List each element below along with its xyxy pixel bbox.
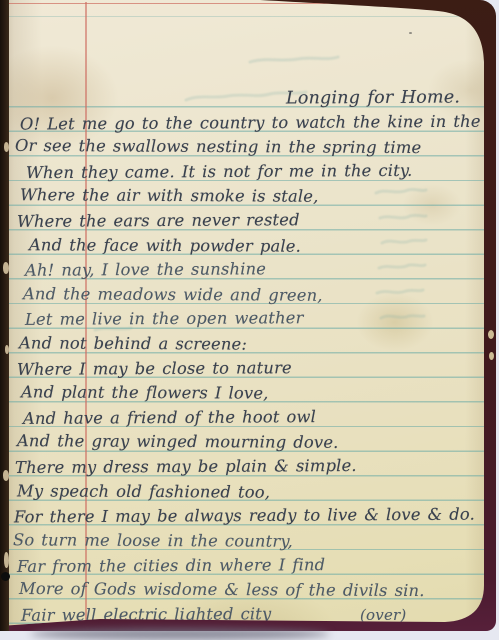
poem-line: And the face with powder pale. bbox=[29, 233, 301, 258]
torn-paper-fleck bbox=[3, 470, 9, 481]
poem-line: Where I may be close to nature bbox=[17, 356, 292, 382]
poem-line: Where the ears are never rested bbox=[17, 208, 300, 234]
poem-line: My speach old fashioned too, bbox=[17, 479, 270, 504]
poem-line: And the gray winged mourning dove. bbox=[17, 429, 339, 455]
poem-line: There my dress may be plain & simple. bbox=[15, 454, 357, 480]
torn-paper-fleck bbox=[5, 345, 9, 354]
poem-title: Longing for Home. bbox=[286, 85, 460, 110]
torn-paper-fleck bbox=[3, 262, 9, 274]
poem-line: And the meadows wide and green, bbox=[23, 282, 323, 308]
poem-line: And have a friend of the hoot owl bbox=[23, 405, 316, 431]
poem-line: So turn me loose in the country, bbox=[13, 528, 293, 553]
floor-shadow bbox=[30, 628, 330, 640]
book-binding bbox=[0, 0, 9, 631]
cover-edge-speck bbox=[489, 352, 494, 360]
poem-line: O! Let me go to the country to watch the… bbox=[20, 109, 499, 136]
poem-line: More of Gods wisdome & less of the divil… bbox=[19, 577, 425, 603]
poem-line: Where the air with smoke is stale, bbox=[20, 183, 319, 209]
poem-line: Far from the cities din where I find bbox=[17, 553, 325, 579]
torn-paper-fleck bbox=[4, 142, 9, 152]
poem-line: And not behind a screene: bbox=[19, 331, 247, 356]
poem-line: For there I may be always ready to live … bbox=[14, 503, 475, 530]
torn-paper-fleck bbox=[4, 552, 9, 568]
poem-line: Let me live in the open weather bbox=[25, 306, 304, 332]
cover-edge-speck bbox=[488, 330, 494, 339]
poem-line: When they came. It is not for me in the … bbox=[26, 159, 413, 185]
poem-line: Or see the swallows nesting in the sprin… bbox=[15, 134, 421, 160]
binding-hole bbox=[1, 572, 10, 581]
poem-line: And plant the flowers I love, bbox=[21, 380, 269, 405]
notebook-photo: Longing for Home. O! Let me go to the co… bbox=[0, 0, 499, 640]
poem-line: Ah! nay, I love the sunshine bbox=[25, 257, 266, 282]
notebook-page: Longing for Home. O! Let me go to the co… bbox=[0, 0, 499, 640]
